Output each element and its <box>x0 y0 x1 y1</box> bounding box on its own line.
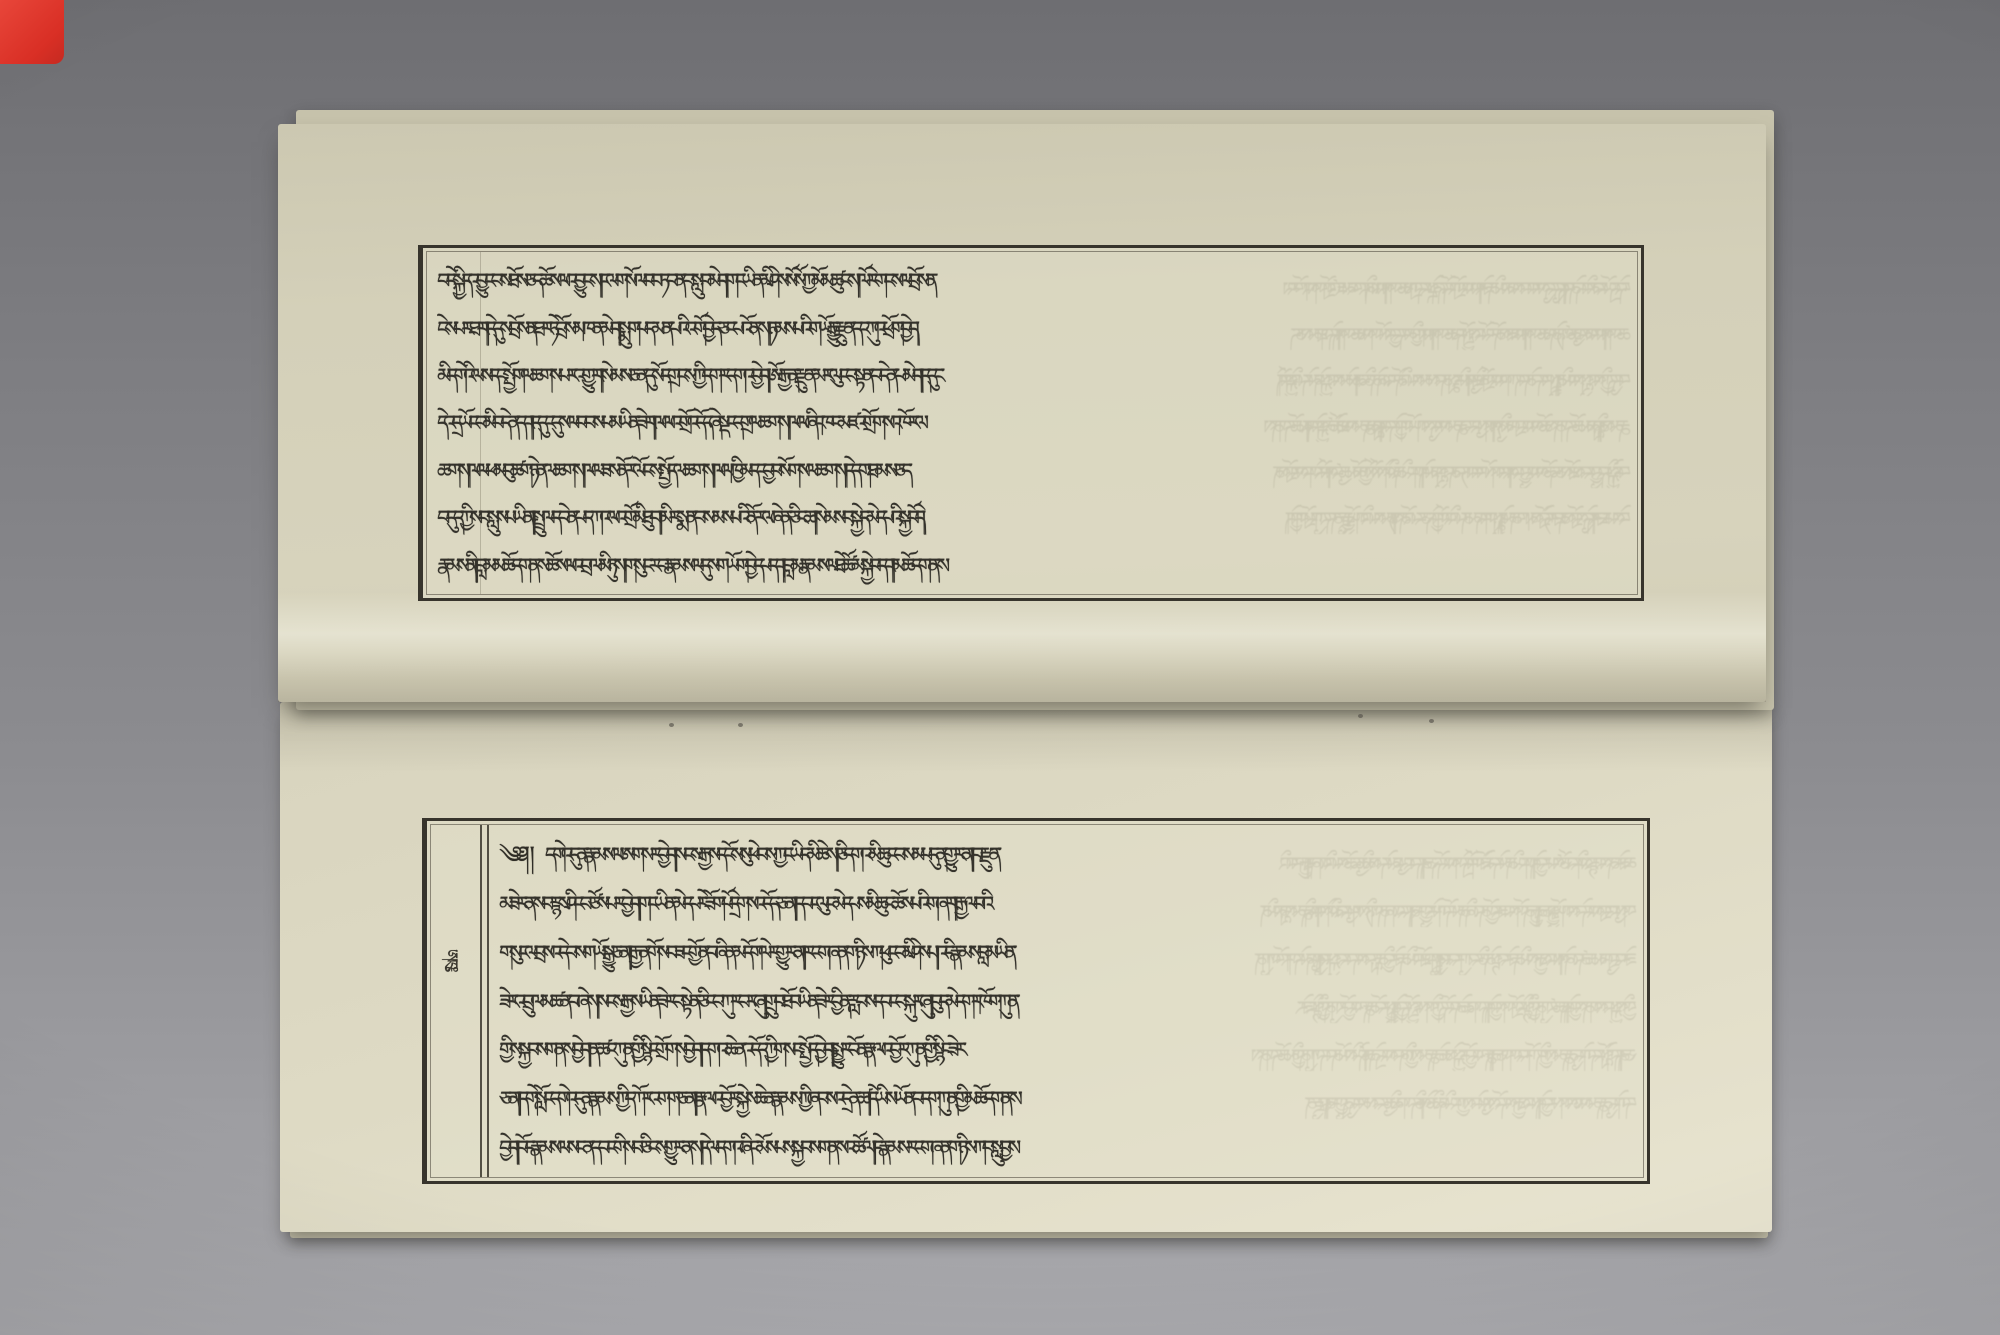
text-line: བྱེད། །བོད་རྣམས་ལས་ངན་དབང་གིས་བཅིངས་གྱུར… <box>499 1124 1639 1173</box>
lower-folio-sheet: ཨ་ཁུ༔ མ་ཟེར་ནས་བརྙས་ཤིང་བཙོས་པར་བྱེད། །ག… <box>280 702 1772 1232</box>
upper-text-frame: དེ་འདྲ་ཡོང་བ་མི་བདེན་དང་། །ད་དུང་དུས་ལ་བ… <box>418 245 1644 601</box>
text-line: ཅན། །དགེ་སློང་དགེ་འདུན་རྣམས་ཀྱི་དཀོར་འགག… <box>499 1075 1639 1124</box>
text-line: དེ་འདྲ་ཡོང་བ་མི་བདེན་དང་། །ད་དུང་དུས་ལ་བ… <box>437 400 1633 447</box>
fold-shadow <box>280 702 1772 772</box>
binding-dot <box>738 723 743 727</box>
margin-rule-line <box>480 825 482 1177</box>
text-line: བདུད་ཀྱིས་བསླུས་པ་ཡིན། །སྤྲུལ་དབེན་པ་དཀའ… <box>437 495 1633 542</box>
lower-text-frame: ཨ་ཁུ༔ མ་ཟེར་ནས་བརྙས་ཤིང་བཙོས་པར་བྱེད། །ག… <box>422 818 1650 1184</box>
red-corner-marker <box>0 0 64 64</box>
text-line: གྱིས་སྐྱབས་གནས་བྱེད། །ན་ཚང་ཀུན་གྱི་སྙིང་… <box>499 1026 1639 1075</box>
binding-dot <box>1358 714 1363 718</box>
text-line: གསུང་ལ་བྲས་འདེབས་གཡོ་སྒྱུ་ཅན། །རྒྱན་གོས་… <box>499 929 1639 978</box>
text-line-content: དགེ་འདུན་རྣམས་ལ་ཨ་གསར་བྱེད། །སངས་རྒྱས་དང… <box>545 845 997 866</box>
text-line: མ་ཟེར་ནས་བརྙས་ཤིང་བཙོས་པར་བྱེད། །གང་ཡིན་… <box>499 880 1639 929</box>
text-line: བདེ་སྐྱིད་འབྱུང་བས་ཐོས་ཅད་ཆོས་ལ་འབྱུངས། … <box>437 258 1633 305</box>
upper-folio-sheet: དེ་འདྲ་ཡོང་བ་མི་བདེན་དང་། །ད་དུང་དུས་ལ་བ… <box>278 124 1766 702</box>
text-line: ཆགས། །ལ་ལ་ཕ་མ་བུ་ཚ་གཉེན་ལ་ཆགས། །ལ་ལ་ཟས་ན… <box>437 448 1633 495</box>
photograph-of-tibetan-pecha: ཨ་ཁུ༔ མ་ཟེར་ནས་བརྙས་ཤིང་བཙོས་པར་བྱེད། །ག… <box>0 0 2000 1335</box>
binding-dot <box>1429 719 1434 723</box>
upper-text-column: བདེ་སྐྱིད་འབྱུང་བས་ཐོས་ཅད་ཆོས་ལ་འབྱུངས། … <box>437 258 1633 590</box>
margin-folio-label: ཨ་ཁུ༔ <box>441 949 475 1119</box>
fold-crease-highlight <box>278 592 1766 702</box>
text-line: ངེས་པར་ཐར། །དེ་དུས་བྲོས་ན་ཐར་ཏེ་བྲོས་མཁན… <box>437 305 1633 352</box>
text-line: ཟེར་འབྲུལ་མཚན་བཞེས། །སངས་རྒྱས་ཡིན་ཟེར་བས… <box>499 978 1639 1027</box>
lower-text-column: ༄༅། ། དགེ་འདུན་རྣམས་ལ་ཨ་གསར་བྱེད། །སངས་ར… <box>499 831 1639 1173</box>
yig-mgo-ornament: ༄༅། ། <box>499 843 531 867</box>
text-line: རྣམས་ནི། །བླ་མ་མཆོད་གནས་ཆོས་ལ་འབྲལ་མི་ཉུ… <box>437 543 1633 590</box>
text-line: མི་དགེའི་ལས་དང་སྤྱོག་ལ་ཆགས་པར་འགྱུར། །སེ… <box>437 353 1633 400</box>
margin-rule-line <box>487 825 489 1177</box>
text-line: ༄༅། ། དགེ་འདུན་རྣམས་ལ་ཨ་གསར་བྱེད། །སངས་ར… <box>499 831 1639 880</box>
binding-dot <box>669 723 674 727</box>
